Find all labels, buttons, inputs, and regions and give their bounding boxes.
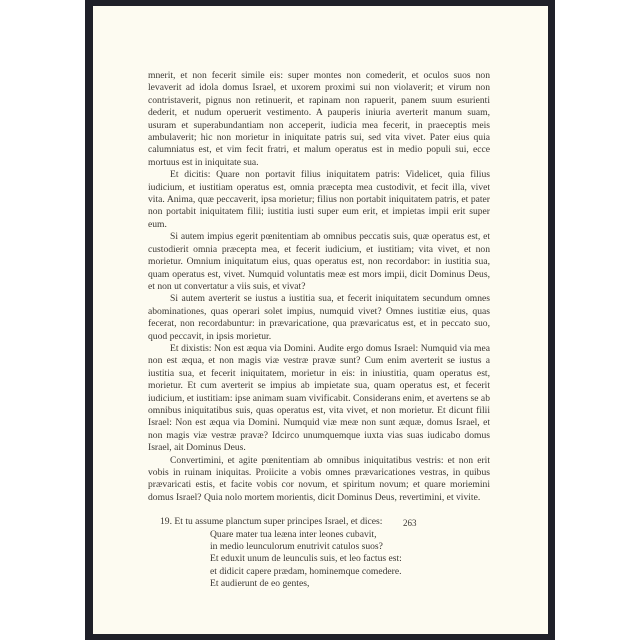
verse-line: Et eduxit unum de leunculis suis, et leo…: [148, 553, 490, 565]
verse-line: et didicit capere prædam, hominemque com…: [148, 566, 490, 578]
body-text: mnerit, et non fecerit simile eis: super…: [148, 70, 490, 591]
verse-line: in medio leunculorum enutrivit catulos s…: [148, 541, 490, 553]
picture-frame: mnerit, et non fecerit simile eis: super…: [85, 0, 555, 640]
paragraph-2: Et dicitis: Quare non portavit filius in…: [148, 169, 490, 231]
verse-line: Et audierunt de eo gentes,: [148, 578, 490, 590]
book-page: mnerit, et non fecerit simile eis: super…: [93, 6, 548, 634]
verse-line: Quare mater tua leæna inter leones cubav…: [148, 529, 490, 541]
page-number: 263: [403, 518, 417, 528]
verse-section: 19. Et tu assume planctum super principe…: [148, 516, 490, 590]
verse-heading: 19. Et tu assume planctum super principe…: [148, 516, 490, 528]
paragraph-5: Et dixistis: Non est æqua via Domini. Au…: [148, 343, 490, 455]
paragraph-6: Convertimini, et agite pœnitentiam ab om…: [148, 455, 490, 505]
paragraph-1: mnerit, et non fecerit simile eis: super…: [148, 70, 490, 169]
paragraph-3: Si autem impius egerit pœnitentiam ab om…: [148, 231, 490, 293]
paragraph-4: Si autem averterit se iustus a iustitia …: [148, 293, 490, 343]
